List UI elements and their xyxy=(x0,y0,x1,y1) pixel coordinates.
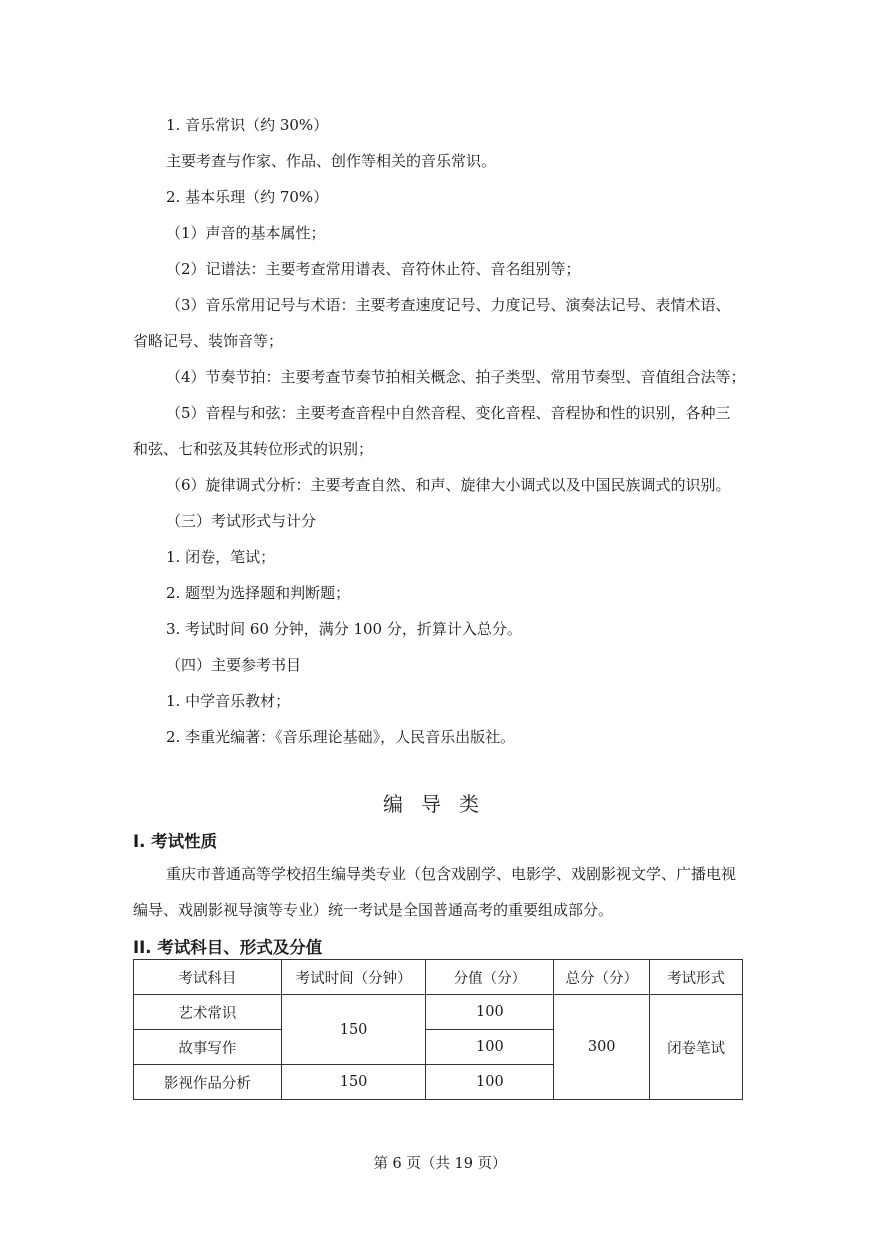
format-item-2: 2. 题型为选择题和判断题； xyxy=(166,583,350,603)
score-cell: 100 xyxy=(426,1065,554,1100)
exam-nature-para-line1: 重庆市普通高等学校招生编导类专业（包含戏剧学、电影学、戏剧影视文学、广播电视 xyxy=(166,864,736,884)
music-sub5-line2: 和弦、七和弦及其转位形式的识别； xyxy=(133,439,373,459)
col-header: 总分（分） xyxy=(554,960,650,995)
col-header: 考试形式 xyxy=(650,960,743,995)
table-header-row: 考试科目 考试时间（分钟） 分值（分） 总分（分） 考试形式 xyxy=(134,960,743,995)
book-item-1: 1. 中学音乐教材； xyxy=(166,691,290,711)
total-cell: 300 xyxy=(554,995,650,1100)
exam-table: 考试科目 考试时间（分钟） 分值（分） 总分（分） 考试形式 艺术常识 150 … xyxy=(133,959,743,1100)
col-header: 分值（分） xyxy=(426,960,554,995)
subject-cell: 故事写作 xyxy=(134,1030,282,1065)
music-sub3-line2: 省略记号、装饰音等； xyxy=(133,331,283,351)
heading-exam-nature: I. 考试性质 xyxy=(133,828,217,852)
books-heading: （四）主要参考书目 xyxy=(166,655,301,675)
music-sub1: （1）声音的基本属性； xyxy=(166,223,326,243)
music-item1-title: 1. 音乐常识（约 30%） xyxy=(166,115,328,135)
score-cell: 100 xyxy=(426,995,554,1030)
page-footer: 第 6 页（共 19 页） xyxy=(0,1152,880,1173)
music-item1-desc: 主要考查与作家、作品、创作等相关的音乐常识。 xyxy=(166,151,496,171)
format-heading: （三）考试形式与计分 xyxy=(166,511,316,531)
section-title: 编导类 xyxy=(0,788,880,817)
col-header: 考试科目 xyxy=(134,960,282,995)
subject-cell: 影视作品分析 xyxy=(134,1065,282,1100)
music-sub6: （6）旋律调式分析：主要考查自然、和声、旋律大小调式以及中国民族调式的识别。 xyxy=(166,475,731,495)
heading-exam-subjects: II. 考试科目、形式及分值 xyxy=(133,934,322,958)
music-sub4: （4）节奏节拍：主要考查节奏节拍相关概念、拍子类型、常用节奏型、音值组合法等； xyxy=(166,367,746,387)
time-cell: 150 xyxy=(281,1065,426,1100)
subject-cell: 艺术常识 xyxy=(134,995,282,1030)
exam-nature-para-line2: 编导、戏剧影视导演等专业）统一考试是全国普通高考的重要组成部分。 xyxy=(133,900,613,920)
score-cell: 100 xyxy=(426,1030,554,1065)
table-row: 艺术常识 150 100 300 闭卷笔试 xyxy=(134,995,743,1030)
music-item2-title: 2. 基本乐理（约 70%） xyxy=(166,187,328,207)
book-item-2: 2. 李重光编著：《音乐理论基础》，人民音乐出版社。 xyxy=(166,727,515,747)
col-header: 考试时间（分钟） xyxy=(281,960,426,995)
format-cell: 闭卷笔试 xyxy=(650,995,743,1100)
time-cell: 150 xyxy=(281,995,426,1065)
format-item-3: 3. 考试时间 60 分钟，满分 100 分，折算计入总分。 xyxy=(166,619,522,639)
music-sub3-line1: （3）音乐常用记号与术语：主要考查速度记号、力度记号、演奏法记号、表情术语、 xyxy=(166,295,731,315)
format-item-1: 1. 闭卷，笔试； xyxy=(166,547,275,567)
music-sub2: （2）记谱法：主要考查常用谱表、音符休止符、音名组别等； xyxy=(166,259,581,279)
music-sub5-line1: （5）音程与和弦：主要考查音程中自然音程、变化音程、音程协和性的识别，各种三 xyxy=(166,403,731,423)
